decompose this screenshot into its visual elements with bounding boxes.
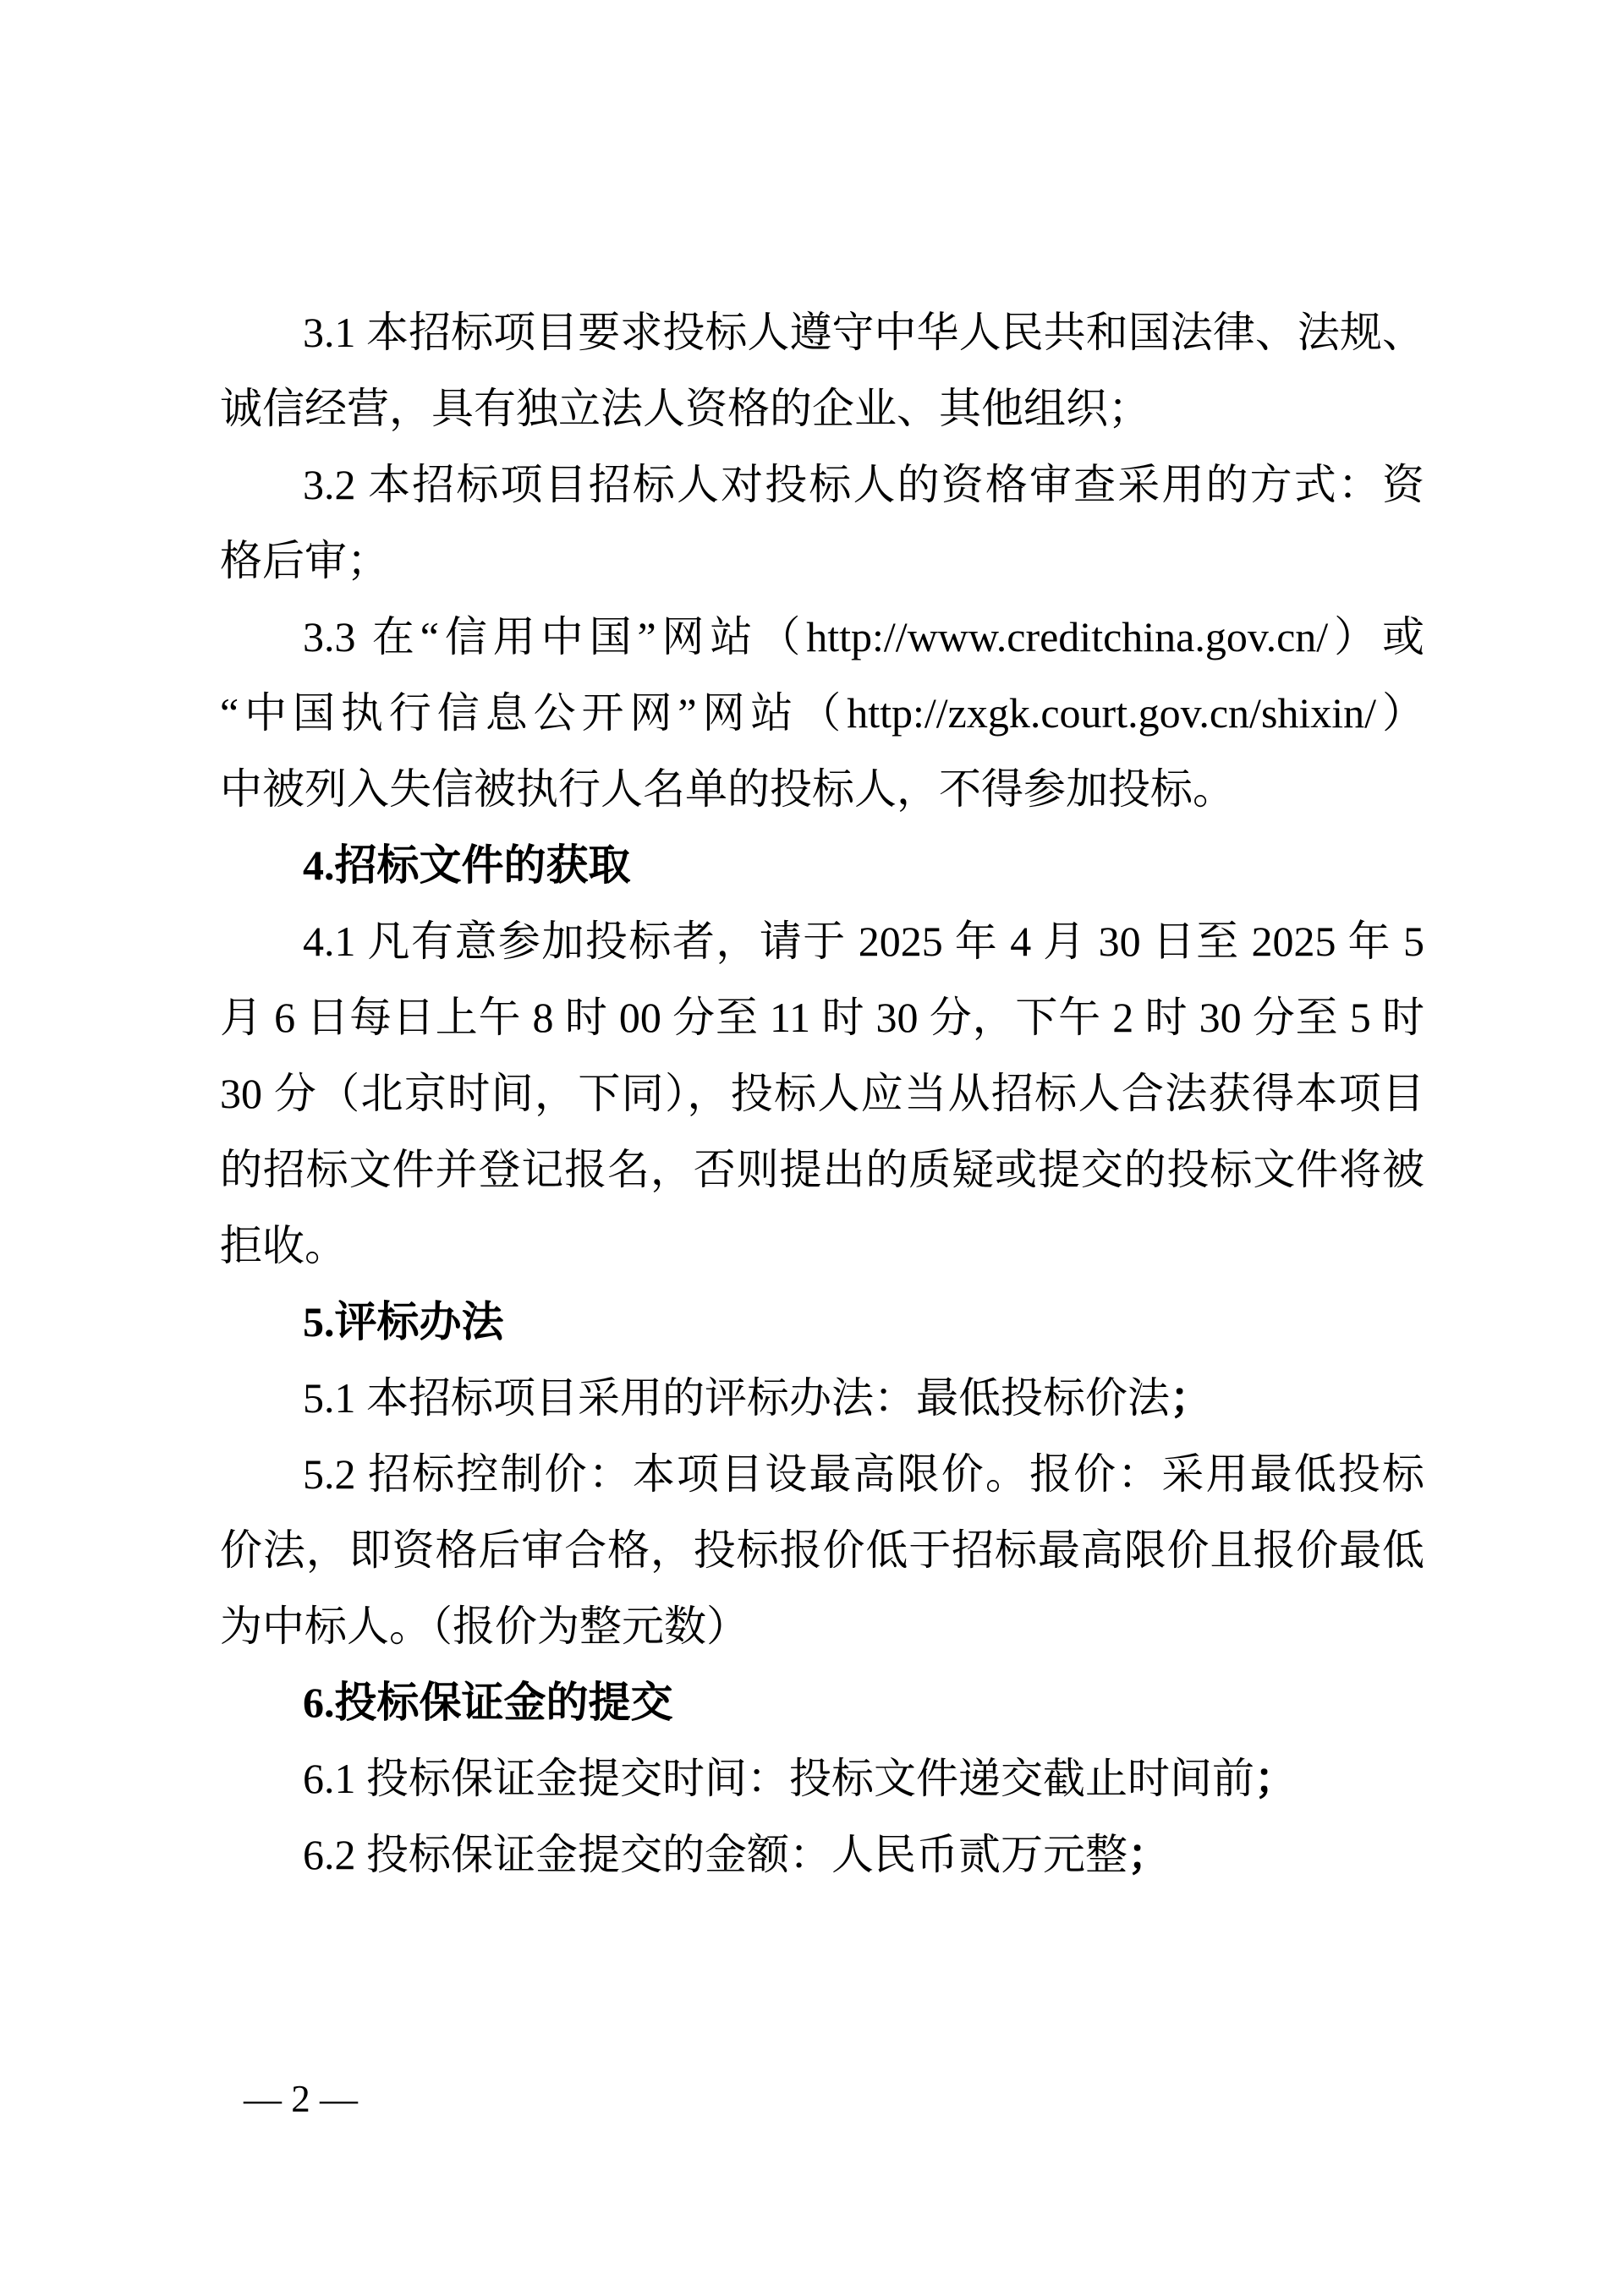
text-run: 格后审；	[220, 537, 389, 584]
text-run: 诚信经营，具有独立法人资格的企业、其他组织；	[220, 385, 1150, 432]
text-line: 5.2 招标控制价：本项目设最高限价。报价：采用最低投标	[220, 1436, 1424, 1512]
para-5-2: 5.2 招标控制价：本项目设最高限价。报价：采用最低投标价法，即资格后审合格，投…	[220, 1436, 1424, 1664]
para-6-1: 6.1 投标保证金提交时间：投标文件递交截止时间前；	[220, 1740, 1424, 1817]
text-line: 6.2 投标保证金提交的金额：人民币贰万元整；	[220, 1817, 1424, 1893]
text-line: 的招标文件并登记报名，否则提出的质疑或提交的投标文件将被	[220, 1132, 1424, 1208]
para-3-3: 3.3 在“信用中国”网站（http://www.creditchina.gov…	[220, 599, 1424, 827]
text-run: 5.1 本招标项目采用的评标办法：最低投标价法	[303, 1374, 1170, 1422]
para-3-1: 3.1 本招标项目要求投标人遵守中华人民共和国法律、法规、诚信经营，具有独立法人…	[220, 294, 1424, 447]
document-page: 3.1 本招标项目要求投标人遵守中华人民共和国法律、法规、诚信经营，具有独立法人…	[0, 0, 1624, 2296]
text-run: 3.3 在“信用中国”网站（http://www.creditchina.gov…	[303, 613, 1424, 660]
text-run: 3.1 本招标项目要求投标人遵守中华人民共和国法律、法规、	[303, 309, 1424, 356]
text-line: 3.3 在“信用中国”网站（http://www.creditchina.gov…	[220, 599, 1424, 675]
text-run: “中国执行信息公开网”网站（http://zxgk.court.gov.cn/s…	[220, 689, 1424, 737]
document-body: 3.1 本招标项目要求投标人遵守中华人民共和国法律、法规、诚信经营，具有独立法人…	[220, 294, 1424, 1893]
heading-6: 6.投标保证金的提交	[220, 1664, 1424, 1740]
text-run: ；	[1170, 1374, 1212, 1422]
para-4-1: 4.1 凡有意参加投标者，请于 2025 年 4 月 30 日至 2025 年 …	[220, 903, 1424, 1284]
text-line: 5.1 本招标项目采用的评标办法：最低投标价法；	[220, 1360, 1424, 1436]
text-run: 4.招标文件的获取	[303, 841, 631, 889]
text-line: “中国执行信息公开网”网站（http://zxgk.court.gov.cn/s…	[220, 675, 1424, 751]
text-line: 6.1 投标保证金提交时间：投标文件递交截止时间前；	[220, 1740, 1424, 1817]
text-run: 的招标文件并登记报名，否则提出的质疑或提交的投标文件将被	[220, 1146, 1424, 1193]
text-run: 5.评标办法	[303, 1298, 504, 1345]
text-line: 拒收。	[220, 1208, 1424, 1284]
text-run: 4.1 凡有意参加投标者，请于 2025 年 4 月 30 日至 2025 年 …	[303, 918, 1424, 965]
text-line: 6.投标保证金的提交	[220, 1664, 1424, 1740]
text-line: 为中标人。（报价为整元数）	[220, 1588, 1424, 1664]
text-line: 诚信经营，具有独立法人资格的企业、其他组织；	[220, 370, 1424, 447]
para-6-2: 6.2 投标保证金提交的金额：人民币贰万元整；	[220, 1817, 1424, 1893]
text-run: 30 分（北京时间，下同），投标人应当从招标人合法获得本项目	[220, 1070, 1424, 1117]
text-run: 3.2 本招标项目招标人对投标人的资格审查采用的方式：资	[303, 461, 1424, 508]
para-5-1: 5.1 本招标项目采用的评标办法：最低投标价法；	[220, 1360, 1424, 1436]
text-run: 6.投标保证金的提交	[303, 1679, 673, 1726]
text-line: 5.评标办法	[220, 1284, 1424, 1360]
text-run: 为中标人。（报价为整元数）	[220, 1603, 749, 1650]
text-run: 拒收。	[220, 1222, 347, 1269]
text-line: 4.招标文件的获取	[220, 827, 1424, 903]
para-3-2: 3.2 本招标项目招标人对投标人的资格审查采用的方式：资格后审；	[220, 447, 1424, 599]
heading-4: 4.招标文件的获取	[220, 827, 1424, 903]
text-run: ；	[1254, 1755, 1297, 1802]
heading-5: 5.评标办法	[220, 1284, 1424, 1360]
text-line: 30 分（北京时间，下同），投标人应当从招标人合法获得本项目	[220, 1055, 1424, 1132]
text-run: ；	[1127, 1831, 1170, 1878]
text-run: 价法，即资格后审合格，投标报价低于招标最高限价且报价最低	[220, 1526, 1424, 1574]
text-line: 3.2 本招标项目招标人对投标人的资格审查采用的方式：资	[220, 447, 1424, 523]
text-line: 格后审；	[220, 523, 1424, 599]
text-line: 月 6 日每日上午 8 时 00 分至 11 时 30 分，下午 2 时 30 …	[220, 979, 1424, 1055]
text-run: 月 6 日每日上午 8 时 00 分至 11 时 30 分，下午 2 时 30 …	[220, 994, 1424, 1041]
text-line: 4.1 凡有意参加投标者，请于 2025 年 4 月 30 日至 2025 年 …	[220, 903, 1424, 979]
text-run: 中被列入失信被执行人名单的投标人，不得参加投标。	[220, 765, 1235, 813]
text-line: 中被列入失信被执行人名单的投标人，不得参加投标。	[220, 751, 1424, 827]
text-line: 3.1 本招标项目要求投标人遵守中华人民共和国法律、法规、	[220, 294, 1424, 370]
text-line: 价法，即资格后审合格，投标报价低于招标最高限价且报价最低	[220, 1512, 1424, 1588]
page-number: — 2 —	[244, 2061, 358, 2137]
text-run: 6.1 投标保证金提交时间：投标文件递交截止时间前	[303, 1755, 1254, 1802]
text-run: 5.2 招标控制价：本项目设最高限价。报价：采用最低投标	[303, 1450, 1424, 1498]
text-run: 6.2 投标保证金提交的金额：人民币贰万元整	[303, 1831, 1127, 1878]
